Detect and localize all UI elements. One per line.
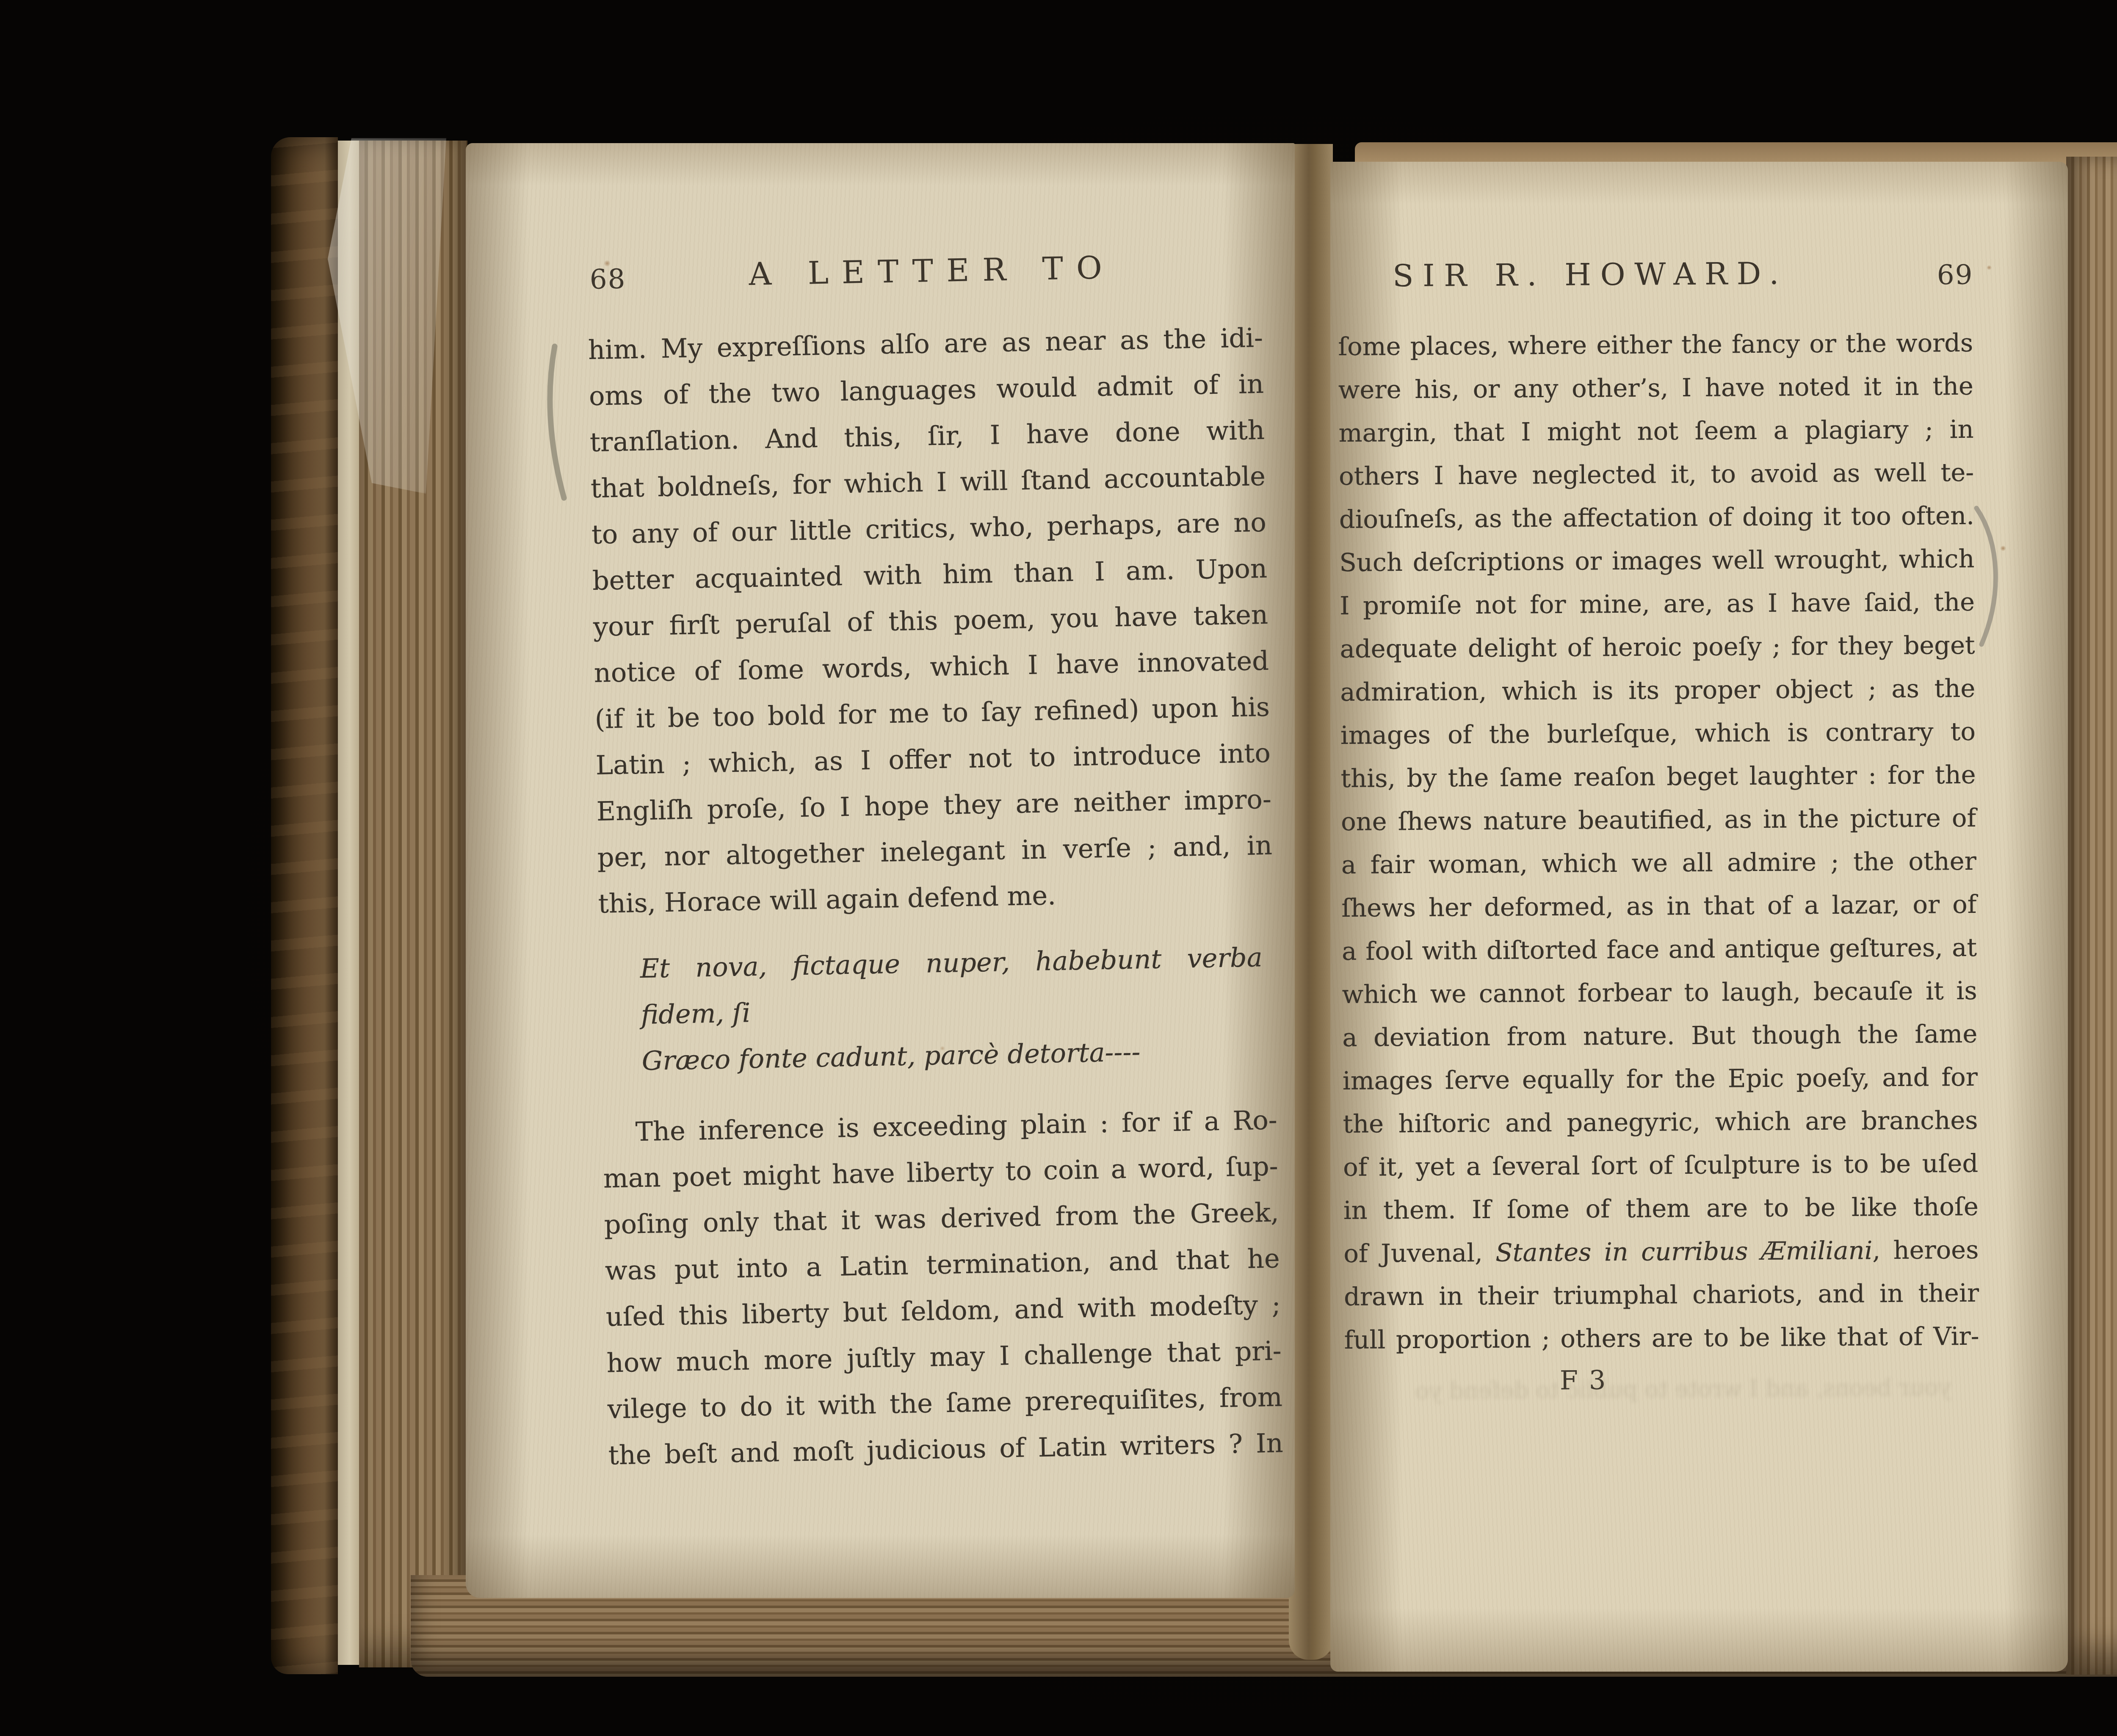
signature-mark: F3 [1338, 1362, 1973, 1397]
text-line: ſhews her deformed, as in that of a laza… [1341, 883, 1977, 930]
text-line: images ſerve equally for the Epic poeſy,… [1343, 1056, 1978, 1103]
text-line: full proportion ; others are to be like … [1344, 1315, 1979, 1362]
signature-number: 3 [1578, 1365, 1606, 1396]
right-page-text-block: ſome places, where either the fancy or t… [1338, 321, 1979, 1362]
text-line: this, by the ſame reaſon beget laughter … [1340, 753, 1976, 800]
running-title-right: SIR R. HOWARD. [1338, 254, 1973, 294]
text-line: in them. If ſome of them are to be like … [1343, 1185, 1979, 1232]
text-line: adequate delight of heroic poeſy ; for t… [1340, 624, 1975, 671]
book-gutter [1289, 144, 1333, 1660]
left-page-text-block: him. My expreſſions alſo are as near as … [588, 315, 1284, 1479]
text-line: of it, yet a ſeveral ſort of ſculpture i… [1343, 1142, 1979, 1189]
text-line: of Juvenal, Stantes in curribus Æmiliani… [1343, 1228, 1979, 1275]
text-line: drawn in their triumphal chariots, and i… [1344, 1272, 1979, 1319]
photo-background: { "left_page": { "page_number": "68", "r… [0, 0, 2117, 1736]
page-number-left: 68 [589, 263, 626, 296]
text-line: were his, or any other’s, I have noted i… [1338, 365, 1974, 412]
paragraph: ſome places, where either the fancy or t… [1338, 321, 1979, 1362]
fore-edge-page-stack [2066, 157, 2117, 1675]
pencil-mark-left-margin [537, 342, 575, 503]
text-line: I promiſe not for mine, are, as I have ſ… [1340, 581, 1975, 628]
text-line: a fair woman, which we all admire ; the … [1341, 840, 1976, 887]
text-line: a fool with diſtorted face and antique g… [1342, 926, 1977, 973]
latin-quote-block: Et nova, fictaque nuper, habebunt verba … [599, 934, 1265, 1085]
text-line: diouſneſs, as the affectation of doing i… [1339, 494, 1974, 541]
foxing-spot [1987, 265, 1992, 270]
signature-letter: F [1560, 1365, 1578, 1396]
left-board-cover [271, 137, 338, 1674]
text-line: Et nova, fictaque nuper, habebunt verba … [640, 934, 1264, 1038]
text-line: Such deſcriptions or images well wrought… [1339, 537, 1975, 584]
text-line: images of the burleſque, which is contra… [1340, 710, 1976, 757]
text-line: others I have neglected it, to avoid as … [1339, 451, 1974, 498]
text-line: ſome places, where either the fancy or t… [1338, 321, 1973, 368]
paragraph: The inference is exceeding plain : for i… [602, 1097, 1284, 1478]
text-line: the hiſtoric and panegyric, which are br… [1343, 1099, 1978, 1146]
open-book: 68 A LETTER TO him. My expreſſions alſo … [271, 140, 2117, 1685]
page-number-right: 69 [1937, 260, 1973, 291]
paragraph: him. My expreſſions alſo are as near as … [588, 315, 1274, 927]
text-line: which we cannot forbear to laugh, becauſ… [1342, 969, 1977, 1016]
text-line: one ſhews nature beautified, as in the p… [1341, 796, 1976, 843]
text-line: admiration, which is its proper object ;… [1340, 667, 1976, 714]
text-line: a deviation from nature. But though the … [1342, 1012, 1978, 1059]
running-header-right: SIR R. HOWARD. 69 [1338, 254, 1973, 294]
text-line: margin, that I might not ſeem a plagiary… [1338, 408, 1974, 455]
